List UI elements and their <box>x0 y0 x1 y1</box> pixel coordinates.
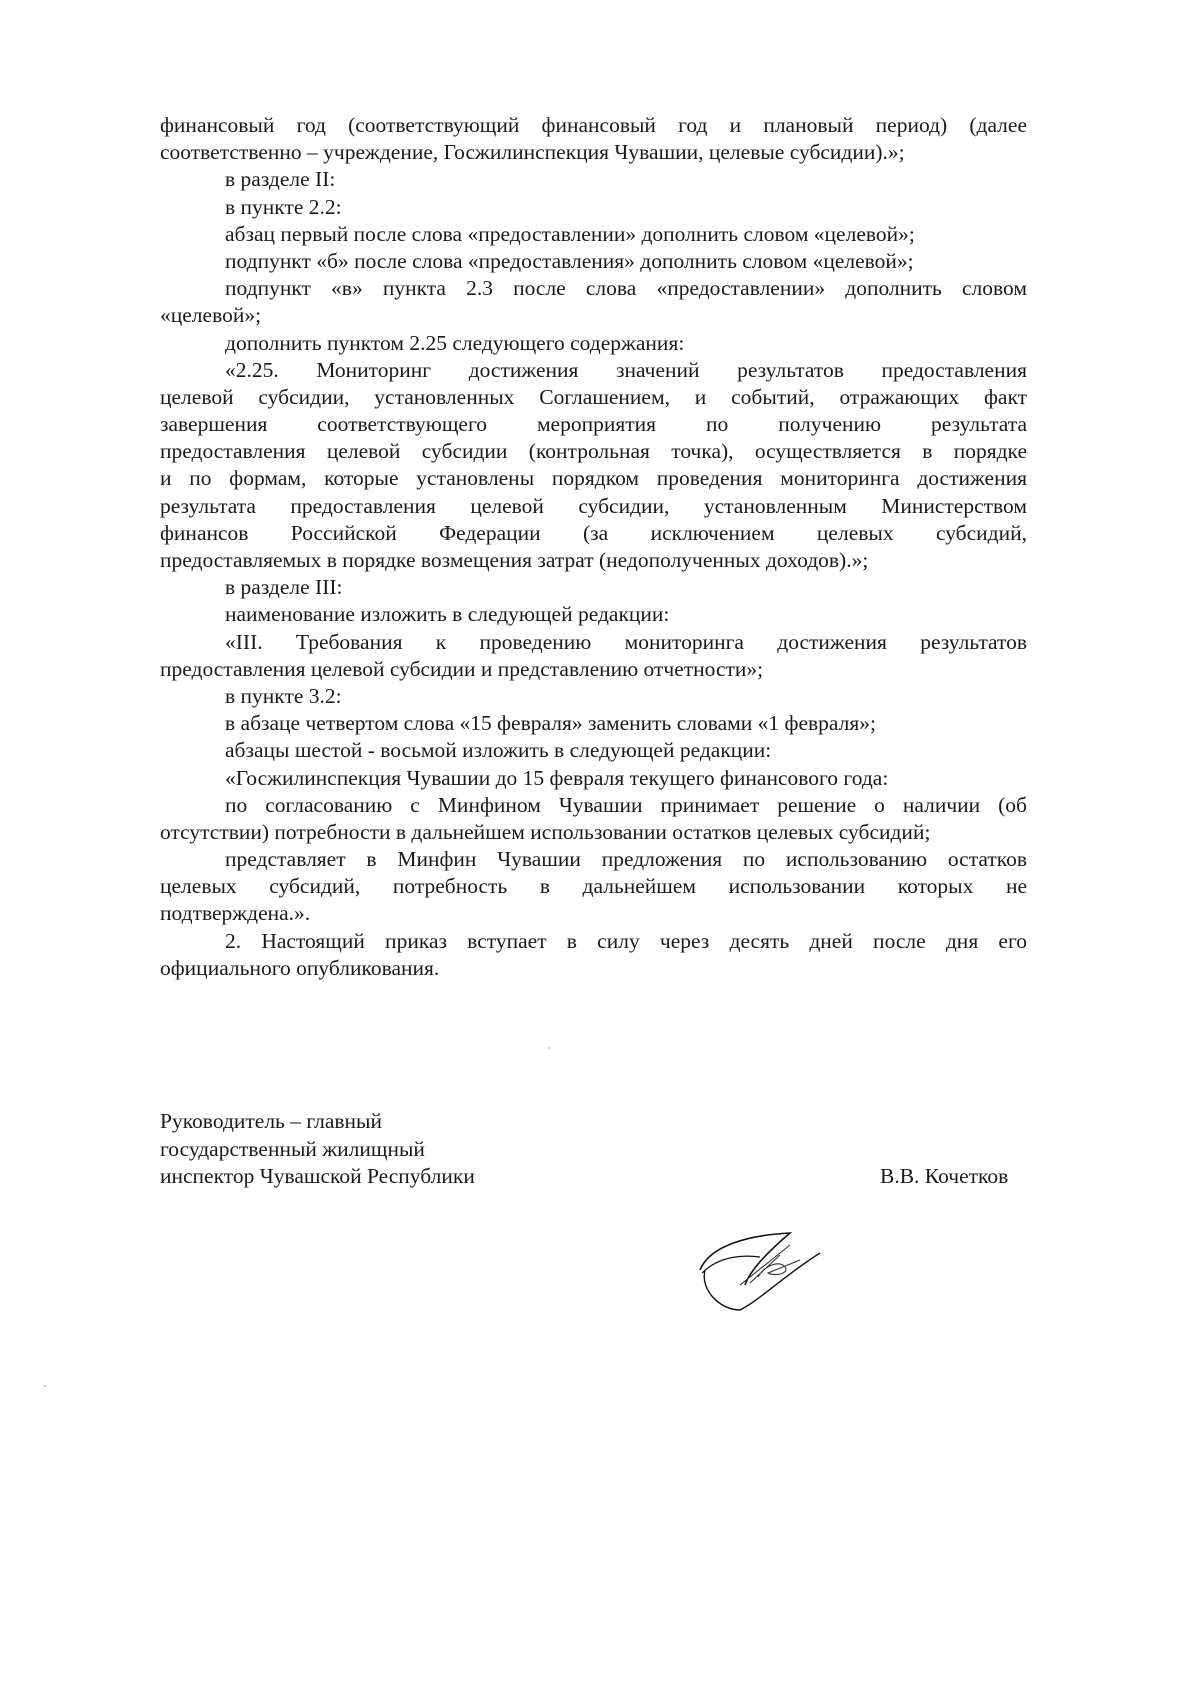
text-line: наименование изложить в следующей редакц… <box>160 601 1027 628</box>
text-line: 2. Настоящий приказ вступает в силу чере… <box>160 928 1027 955</box>
text-line: в разделе III: <box>160 574 1027 601</box>
paragraph: в пункте 2.2: <box>160 194 1027 221</box>
text-line: представляет в Минфин Чувашии предложени… <box>160 846 1027 873</box>
text-line: завершения соответствующего мероприятия … <box>160 411 1027 438</box>
text-line: в абзаце четвертом слова «15 февраля» за… <box>160 710 1027 737</box>
paragraph: в пункте 3.2: <box>160 683 1027 710</box>
paragraph: подпункт «в» пункта 2.3 после слова «пре… <box>160 275 1027 329</box>
paragraph: дополнить пунктом 2.25 следующего содерж… <box>160 330 1027 357</box>
text-line: «целевой»; <box>160 302 1027 329</box>
paragraph: по согласованию с Минфином Чувашии прини… <box>160 792 1027 846</box>
text-line: отсутствии) потребности в дальнейшем исп… <box>160 819 1027 846</box>
signer-position-line-3: инспектор Чувашской Республики <box>160 1163 475 1191</box>
document-page: финансовый год (соответствующий финансов… <box>0 0 1200 1685</box>
text-line: финансовый год (соответствующий финансов… <box>160 112 1027 139</box>
paragraph: в разделе II: <box>160 166 1027 193</box>
text-line: подтверждена.». <box>160 900 1027 927</box>
scan-speck <box>548 1047 550 1049</box>
text-line: подпункт «в» пункта 2.3 после слова «пре… <box>160 275 1027 302</box>
text-line: «III. Требования к проведению мониторинг… <box>160 629 1027 656</box>
text-line: «Госжилинспекция Чувашии до 15 февраля т… <box>160 765 1027 792</box>
document-body: финансовый год (соответствующий финансов… <box>160 112 1027 982</box>
paragraph: подпункт «б» после слова «предоставления… <box>160 248 1027 275</box>
text-line: предоставляемых в порядке возмещения зат… <box>160 547 1027 574</box>
handwritten-signature-icon <box>690 1215 830 1315</box>
text-line: предоставления целевой субсидии (контрол… <box>160 438 1027 465</box>
text-line: «2.25. Мониторинг достижения значений ре… <box>160 357 1027 384</box>
text-line: целевых субсидий, потребность в дальнейш… <box>160 873 1027 900</box>
text-line: подпункт «б» после слова «предоставления… <box>160 248 1027 275</box>
scan-speck <box>44 1385 46 1387</box>
text-line: предоставления целевой субсидии и предст… <box>160 656 1027 683</box>
paragraph: «2.25. Мониторинг достижения значений ре… <box>160 357 1027 575</box>
paragraph: финансовый год (соответствующий финансов… <box>160 112 1027 166</box>
paragraph: в абзаце четвертом слова «15 февраля» за… <box>160 710 1027 737</box>
signer-name: В.В. Кочетков <box>880 1164 1008 1189</box>
paragraph: 2. Настоящий приказ вступает в силу чере… <box>160 928 1027 982</box>
paragraph: в разделе III: <box>160 574 1027 601</box>
text-line: дополнить пунктом 2.25 следующего содерж… <box>160 330 1027 357</box>
paragraph: «III. Требования к проведению мониторинг… <box>160 629 1027 683</box>
text-line: абзац первый после слова «предоставлении… <box>160 221 1027 248</box>
paragraph: «Госжилинспекция Чувашии до 15 февраля т… <box>160 765 1027 792</box>
text-line: соответственно – учреждение, Госжилинспе… <box>160 139 1027 166</box>
paragraph: абзацы шестой - восьмой изложить в следу… <box>160 737 1027 764</box>
signature-block: Руководитель – главный государственный ж… <box>160 1108 475 1191</box>
text-line: по согласованию с Минфином Чувашии прини… <box>160 792 1027 819</box>
text-line: в пункте 2.2: <box>160 194 1027 221</box>
text-line: целевой субсидии, установленных Соглашен… <box>160 384 1027 411</box>
signer-position-line-1: Руководитель – главный <box>160 1108 475 1136</box>
text-line: в пункте 3.2: <box>160 683 1027 710</box>
signer-position-line-2: государственный жилищный <box>160 1136 475 1164</box>
text-line: и по формам, которые установлены порядко… <box>160 465 1027 492</box>
paragraph: наименование изложить в следующей редакц… <box>160 601 1027 628</box>
text-line: результата предоставления целевой субсид… <box>160 493 1027 520</box>
text-line: официального опубликования. <box>160 955 1027 982</box>
text-line: в разделе II: <box>160 166 1027 193</box>
paragraph: абзац первый после слова «предоставлении… <box>160 221 1027 248</box>
text-line: финансов Российской Федерации (за исключ… <box>160 520 1027 547</box>
paragraph: представляет в Минфин Чувашии предложени… <box>160 846 1027 928</box>
text-line: абзацы шестой - восьмой изложить в следу… <box>160 737 1027 764</box>
